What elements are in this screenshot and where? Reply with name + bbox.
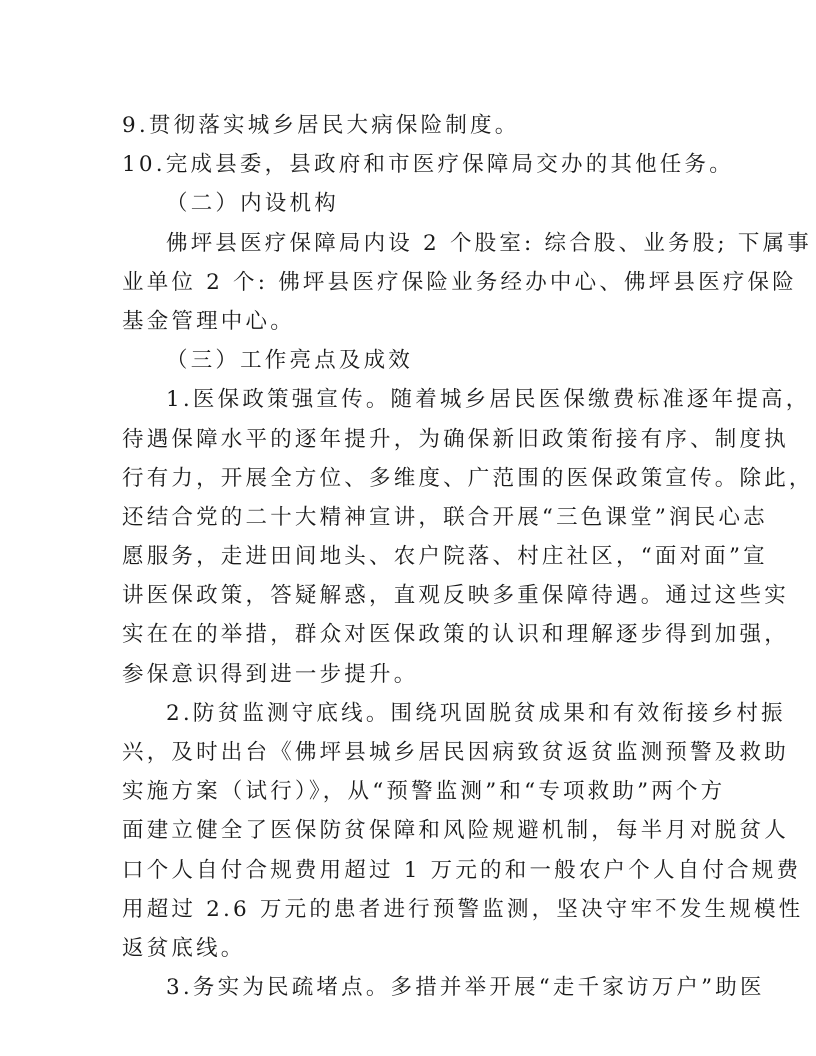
document-page: 9.贯彻落实城乡居民大病保险制度。 10.完成县委，县政府和市医疗保障局交办的其… bbox=[0, 0, 816, 1056]
paragraph-line: 用超过 2.6 万元的患者进行预警监测，坚决守牢不发生规模性 bbox=[122, 890, 706, 929]
document-body: 9.贯彻落实城乡居民大病保险制度。 10.完成县委，县政府和市医疗保障局交办的其… bbox=[122, 106, 706, 1007]
paragraph-line: 还结合党的二十大精神宣讲，联合开展“三色课堂”润民心志 bbox=[122, 498, 706, 537]
paragraph-line: 3.务实为民疏堵点。多措并举开展“走千家访万户”助医 bbox=[122, 968, 706, 1007]
section-heading-highlights: （三）工作亮点及成效 bbox=[122, 341, 706, 380]
paragraph-line: 兴，及时出台《佛坪县城乡居民因病致贫返贫监测预警及救助 bbox=[122, 733, 706, 772]
paragraph-line: 面建立健全了医保防贫保障和风险规避机制，每半月对脱贫人 bbox=[122, 811, 706, 850]
list-item-10: 10.完成县委，县政府和市医疗保障局交办的其他任务。 bbox=[122, 145, 706, 184]
paragraph-line: 实在在的举措，群众对医保政策的认识和理解逐步得到加强， bbox=[122, 615, 706, 654]
paragraph-line: 2.防贫监测守底线。围绕巩固脱贫成果和有效衔接乡村振 bbox=[122, 694, 706, 733]
paragraph-line: 业单位 2 个: 佛坪县医疗保险业务经办中心、佛坪县医疗保险 bbox=[122, 263, 706, 302]
paragraph-line: 讲医保政策，答疑解惑，直观反映多重保障待遇。通过这些实 bbox=[122, 576, 706, 615]
list-item-9: 9.贯彻落实城乡居民大病保险制度。 bbox=[122, 106, 706, 145]
paragraph-line: 行有力，开展全方位、多维度、广范围的医保政策宣传。除此， bbox=[122, 459, 706, 498]
section-heading-internal-structure: （二）内设机构 bbox=[122, 184, 706, 223]
paragraph-line: 愿服务，走进田间地头、农户院落、村庄社区，“面对面”宣 bbox=[122, 537, 706, 576]
paragraph-line: 口个人自付合规费用超过 1 万元的和一般农户个人自付合规费 bbox=[122, 851, 706, 890]
paragraph-line: 待遇保障水平的逐年提升，为确保新旧政策衔接有序、制度执 bbox=[122, 420, 706, 459]
paragraph-line: 返贫底线。 bbox=[122, 929, 706, 968]
paragraph-line: 实施方案（试行）》，从“预警监测”和“专项救助”两个方 bbox=[122, 772, 706, 811]
paragraph-line: 参保意识得到进一步提升。 bbox=[122, 655, 706, 694]
paragraph-line: 1.医保政策强宣传。随着城乡居民医保缴费标准逐年提高， bbox=[122, 380, 706, 419]
paragraph-line: 基金管理中心。 bbox=[122, 302, 706, 341]
paragraph-line: 佛坪县医疗保障局内设 2 个股室: 综合股、业务股; 下属事 bbox=[122, 224, 706, 263]
